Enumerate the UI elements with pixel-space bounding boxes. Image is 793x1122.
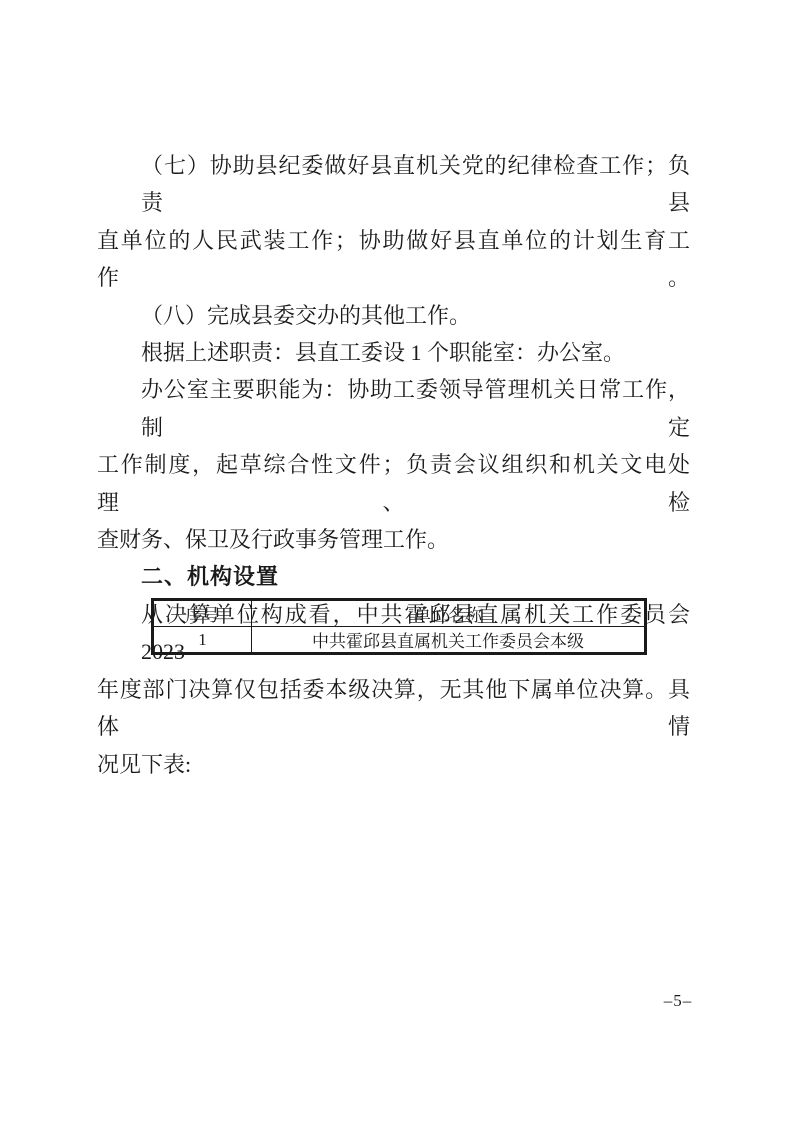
units-table-header-row: 序号 单位名称 [153,600,645,627]
text-line: 查财务、保卫及行政事务管理工作。 [97,521,690,558]
section-heading: 二、机构设置 [97,558,690,595]
text-line: 年度部门决算仅包括委本级决算，无其他下属单位决算。具体情 [97,671,690,746]
document-body: （七）协助县纪委做好县直机关党的纪律检查工作；负责县 直单位的人民武装工作；协助… [97,147,690,783]
unit-serial-number: 1 [153,627,252,654]
text-line: 工作制度，起草综合性文件；负责会议组织和机关文电处理、检 [97,446,690,521]
unit-name: 中共霍邱县直属机关工作委员会本级 [252,627,646,654]
text-line: （七）协助县纪委做好县直机关党的纪律检查工作；负责县 [97,147,690,222]
units-table: 序号 单位名称 1 中共霍邱县直属机关工作委员会本级 [152,599,646,654]
page-number: –5– [658,991,698,1011]
text-line: 根据上述职责：县直工委设 1 个职能室：办公室。 [97,334,690,371]
text-line: 况见下表: [97,746,690,783]
table-row: 1 中共霍邱县直属机关工作委员会本级 [153,627,645,654]
text-line: 直单位的人民武装工作；协助做好县直单位的计划生育工作。 [97,222,690,297]
units-table-header-name: 单位名称 [252,600,646,627]
text-line: 办公室主要职能为：协助工委领导管理机关日常工作，制定 [97,371,690,446]
document-page: （七）协助县纪委做好县直机关党的纪律检查工作；负责县 直单位的人民武装工作；协助… [0,0,793,1122]
units-table-header-no: 序号 [153,600,252,627]
text-line: （八）完成县委交办的其他工作。 [97,297,690,334]
